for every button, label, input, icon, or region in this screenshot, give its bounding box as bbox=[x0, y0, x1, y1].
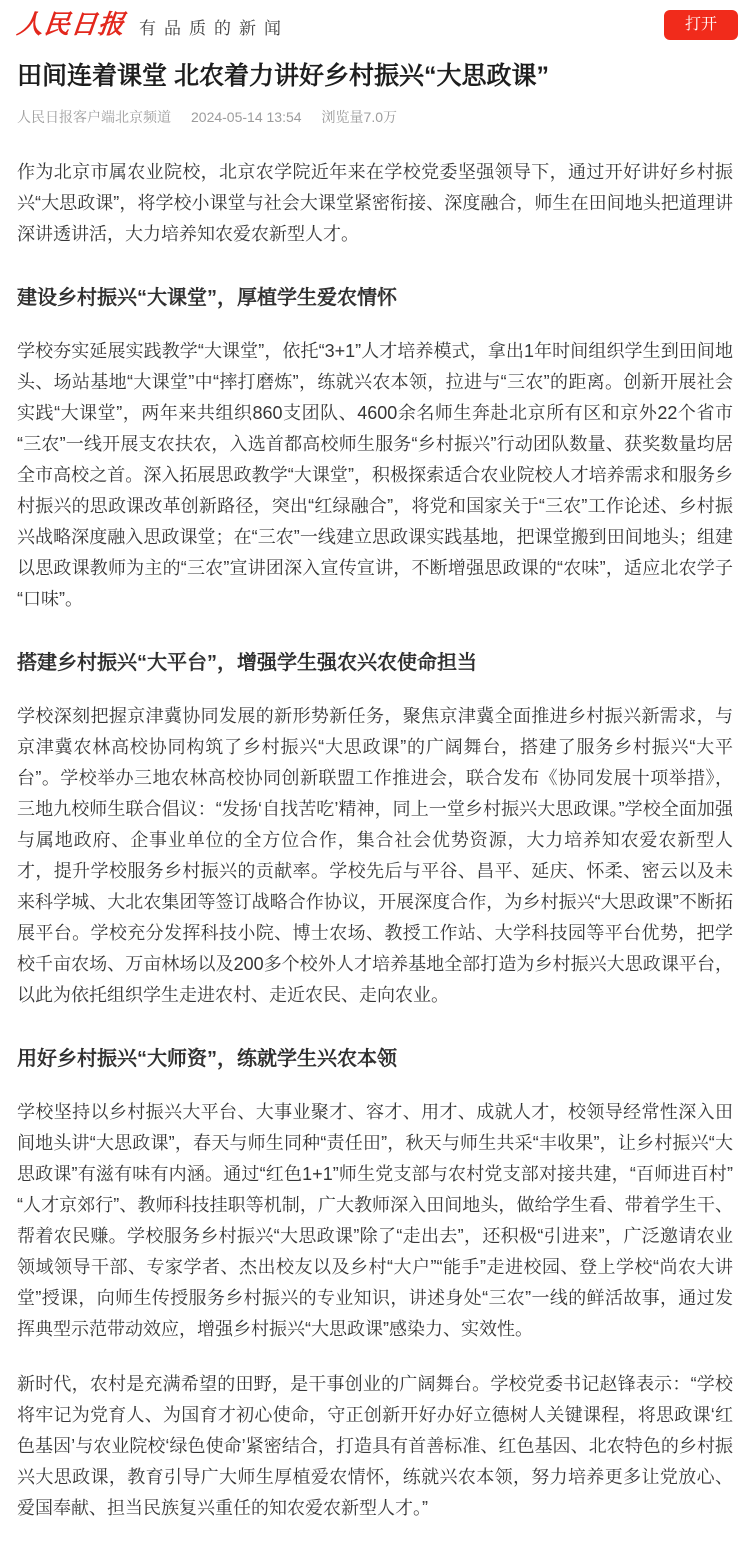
article-meta: 人民日报客户端北京频道 2024-05-14 13:54 浏览量7.0万 bbox=[17, 107, 733, 127]
article-paragraph: 作为北京市属农业院校，北京农学院近年来在学校党委坚强领导下，通过开好讲好乡村振兴… bbox=[17, 157, 733, 250]
brand-tagline: 有品质的新闻 bbox=[139, 12, 289, 39]
article-paragraph: 学校坚持以乡村振兴大平台、大事业聚才、容才、用才、成就人才，校领导经常性深入田间… bbox=[17, 1097, 733, 1345]
section-heading: 建设乡村振兴“大课堂”，厚植学生爱农情怀 bbox=[17, 284, 733, 312]
article-paragraph: 新时代，农村是充满希望的田野，是干事创业的广阔舞台。学校党委书记赵锋表示：“学校… bbox=[17, 1369, 733, 1524]
source-label: 人民日报客户端北京频道 bbox=[17, 107, 171, 127]
article-page: 人民日报 有品质的新闻 打开 田间连着课堂 北农着力讲好乡村振兴“大思政课” 人… bbox=[0, 0, 750, 1562]
article-body: 作为北京市属农业院校，北京农学院近年来在学校党委坚强领导下，通过开好讲好乡村振兴… bbox=[0, 127, 750, 1562]
article-paragraph: 学校深刻把握京津冀协同发展的新形势新任务，聚焦京津冀全面推进乡村振兴新需求，与京… bbox=[17, 701, 733, 1011]
brand-area: 人民日报 有品质的新闻 bbox=[17, 11, 289, 39]
peoples-daily-logo[interactable]: 人民日报 bbox=[16, 11, 127, 39]
section-heading: 搭建乡村振兴“大平台”，增强学生强农兴农使命担当 bbox=[17, 649, 733, 677]
article-paragraph: 学校夯实延展实践教学“大课堂”，依托“3+1”人才培养模式，拿出1年时间组织学生… bbox=[17, 336, 733, 615]
open-app-button[interactable]: 打开 bbox=[664, 10, 738, 40]
app-header: 人民日报 有品质的新闻 打开 bbox=[0, 0, 750, 46]
view-count: 浏览量7.0万 bbox=[322, 107, 397, 127]
publish-time: 2024-05-14 13:54 bbox=[191, 109, 302, 125]
section-heading: 用好乡村振兴“大师资”，练就学生兴农本领 bbox=[17, 1045, 733, 1073]
article-title: 田间连着课堂 北农着力讲好乡村振兴“大思政课” bbox=[17, 60, 733, 93]
